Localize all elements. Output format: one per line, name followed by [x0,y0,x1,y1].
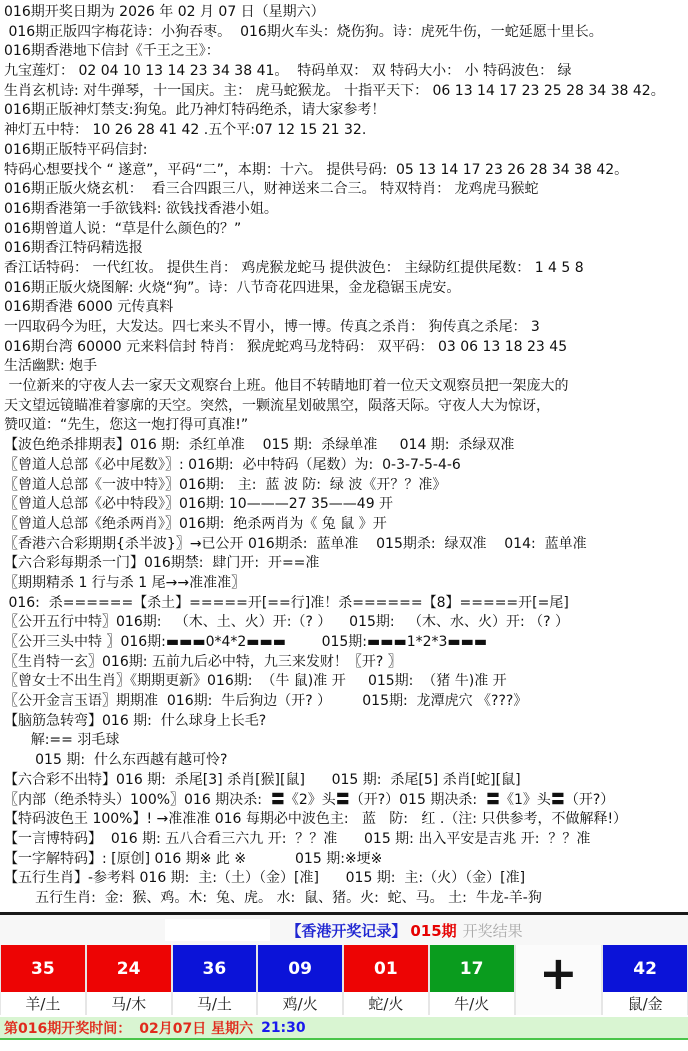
report-line: 一位新来的守夜人去一家天文观察台上班。他目不转睛地盯着一位天文观察员把一架庞大的 [4,377,688,397]
ball-zodiac-element-label: 鸡/火 [258,992,342,1015]
ball-zodiac-element-label: 羊/土 [1,992,85,1015]
report-line: 生肖玄机诗: 对牛弹琴，十一国庆。主： 虎马蛇猴龙。 十指平天下： 06 13 … [4,82,688,102]
report-line: 【脑筋急转弯】016 期: 什么球身上长毛? [4,712,688,732]
ball-number: 17 [430,945,514,992]
tips-report: 016期开奖日期为 2026 年 02 月 07 日（星期六） 016期正版四字… [0,0,688,912]
issue-number: 015期 [410,920,456,941]
report-line: 【六合彩每期杀一门】016期禁: 肆门开: 开==准 [4,554,688,574]
report-line: 香江话特码： 一代红妆。 提供生肖： 鸡虎猴龙蛇马 提供波色： 主绿防红提供尾数… [4,259,688,279]
report-line: 016期香港 6000 元传真料 [4,298,688,318]
report-line: 〖公开金言玉语〗期期准 016期: 牛后狗边（开? ） 015期: 龙潭虎穴 《… [4,692,688,712]
report-line: 【五行生肖】-参考料 016 期: 主:（土）（金）[准] 015 期: 主:（… [4,869,688,889]
report-line: 015 期: 什么东西越有越可怜? [4,751,688,771]
ball-number: 24 [87,945,171,992]
report-line: 〖内部（绝杀特头）100%〗016 期决杀: 〓《2》头〓（开?）015 期决杀… [4,791,688,811]
result-ball-cell: 17牛/火 [429,945,515,1015]
report-line: 神灯五中特： 10 26 28 41 42 .五个平:07 12 15 21 3… [4,121,688,141]
draw-date: 02月07日 星期六 [139,1018,253,1038]
report-line: 〖公开五行中特〗016期: （木、土、火）开:（? ） 015期: （木、水、火… [4,613,688,633]
report-line: 016期曾道人说：“草是什么颜色的？” [4,220,688,240]
report-line: 【一字解特码】: [原创] 016 期※ 此 ※ 015 期:※埂※ [4,850,688,870]
draw-clock: 21:30 [261,1020,306,1036]
result-ball-cell: 36马/土 [172,945,258,1015]
report-line: 016期香江特码精选报 [4,239,688,259]
report-line: 〖期期精杀 1 行与杀 1 尾→→准准准〗 [4,574,688,594]
lottery-tips-page: 016期开奖日期为 2026 年 02 月 07 日（星期六） 016期正版四字… [0,0,688,1051]
draw-time-label: 第016期开奖时间： [4,1018,131,1038]
report-line: 016期正版四字梅花诗：小狗吞枣。 016期火车头：烧伤狗。诗：虎死牛伤，一蛇延… [4,23,688,43]
report-line: 〖曾道人总部《必中尾数》〗: 016期: 必中特码（尾数）为: 0-3-7-5-… [4,456,688,476]
report-line: 016期开奖日期为 2026 年 02 月 07 日（星期六） [4,3,688,23]
ball-number: 42 [603,945,687,992]
result-ball-cell: 09鸡/火 [257,945,343,1015]
ball-zodiac-element-label: 马/木 [87,992,171,1015]
ball-zodiac-element-label: 鼠/金 [603,992,687,1015]
result-ball-cell: 01蛇/火 [343,945,429,1015]
ball-number: 35 [1,945,85,992]
report-line: 〖生肖特一玄〗016期: 五前九后必中特，九三来发财！〖开? 〗 [4,653,688,673]
redacted-logo [165,919,270,941]
result-ball-cell: 42鼠/金 [602,945,688,1015]
ball-zodiac-element-label: 牛/火 [430,992,514,1015]
report-line: 016: 杀======【杀土】=====开[==行]准！杀======【8】=… [4,594,688,614]
report-line: 天文望远镜瞄准着寥廓的天空。突然，一颗流星划破黑空，陨落天际。守夜人大为惊讶， [4,397,688,417]
result-ball-cell: 35羊/土 [0,945,86,1015]
report-line: 016期正版火烧玄机： 看三合四跟三八，财神送来二合三。 特双特肖： 龙鸡虎马猴… [4,180,688,200]
report-line: 016期香港地下信封《千王之王》： [4,42,688,62]
report-line: 解:== 羽毛球 [4,731,688,751]
report-line: 016期正版特平码信封: [4,141,688,161]
results-strip: 35羊/土24马/木36马/土09鸡/火01蛇/火17牛/火+42鼠/金 [0,945,688,1015]
report-line: 五行生肖: 金: 猴、鸡。木: 兔、虎。 水: 鼠、猪。火: 蛇、马。 土: 牛… [4,889,688,909]
report-line: 〖公开三头中特 〗016期:▬▬▬0*4*2▬▬▬ 015期:▬▬▬1*2*3▬… [4,633,688,653]
report-line: 【特码波色王 100%】! →准准准 016 每期必中波色主: 蓝 防: 红 .… [4,810,688,830]
report-line: 特码心想要找个 “ 遂意”，平码“二”，本期：十六。 提供号码: 05 13 1… [4,161,688,181]
report-line: 016期台湾 60000 元来料信封 特肖： 猴虎蛇鸡马龙特码： 双平码： 03… [4,338,688,358]
report-line: 生活幽默: 炮手 [4,357,688,377]
report-line: 016期正版火烧图解: 火烧“狗”。诗：八节奇花四进果，金龙稳锯玉虎安。 [4,279,688,299]
plus-separator: + [516,945,602,1015]
ball-zodiac-element-label: 蛇/火 [344,992,428,1015]
ball-zodiac-element-label: 马/土 [173,992,257,1015]
report-line: 〖曾女士不出生肖〗《期期更新》016期: （牛 鼠)准 开 015期: （猪 牛… [4,672,688,692]
ball-number: 09 [258,945,342,992]
records-title-link[interactable]: 【香港开奖记录】 [286,920,406,941]
report-line: 【一言博特码】 016 期: 五八合看三六九 开: ？？准 015 期: 出入平… [4,830,688,850]
report-line: 〖香港六合彩期期{杀半波}〗→已公开 016期杀: 蓝单准 015期杀: 绿双准… [4,535,688,555]
report-line: 一四取码今为旺，大发达。四七来头不胃小，博一博。传真之杀肖： 狗传真之杀尾： 3 [4,318,688,338]
ball-number: 01 [344,945,428,992]
report-line: 【波色绝杀排期表】016 期: 杀红单准 015 期: 杀绿单准 014 期: … [4,436,688,456]
report-line: 赞叹道：“先生，您这一炮打得可真准!” [4,416,688,436]
results-header: 【香港开奖记录】 015期 开奖结果 [0,912,688,945]
ball-number: 36 [173,945,257,992]
report-line: 〖曾道人总部《绝杀两肖》〗016期: 绝杀两肖为《 兔 鼠 》开 [4,515,688,535]
results-suffix-label: 开奖结果 [463,920,523,941]
report-line: 016期香港第一手欲钱料: 欲钱找香港小姐。 [4,200,688,220]
report-line: 〖曾道人总部《必中特段》〗016期: 10———27 35——49 开 [4,495,688,515]
report-line: 九宝莲灯： 02 04 10 13 14 23 34 38 41。 特码单双： … [4,62,688,82]
plus-icon: + [539,945,578,1001]
result-ball-cell: 24马/木 [86,945,172,1015]
report-line: 016期正版神灯禁支:狗兔。此乃神灯特码绝杀，请大家参考！ [4,101,688,121]
next-draw-bar: 第016期开奖时间： 02月07日 星期六 21:30 [0,1017,688,1040]
report-line: 〖曾道人总部《一波中特》〗016期: 主: 蓝 波 防: 绿 波《开？？准》 [4,476,688,496]
report-line: 【六合彩不出特】016 期: 杀尾[3] 杀肖[猴][鼠] 015 期: 杀尾[… [4,771,688,791]
